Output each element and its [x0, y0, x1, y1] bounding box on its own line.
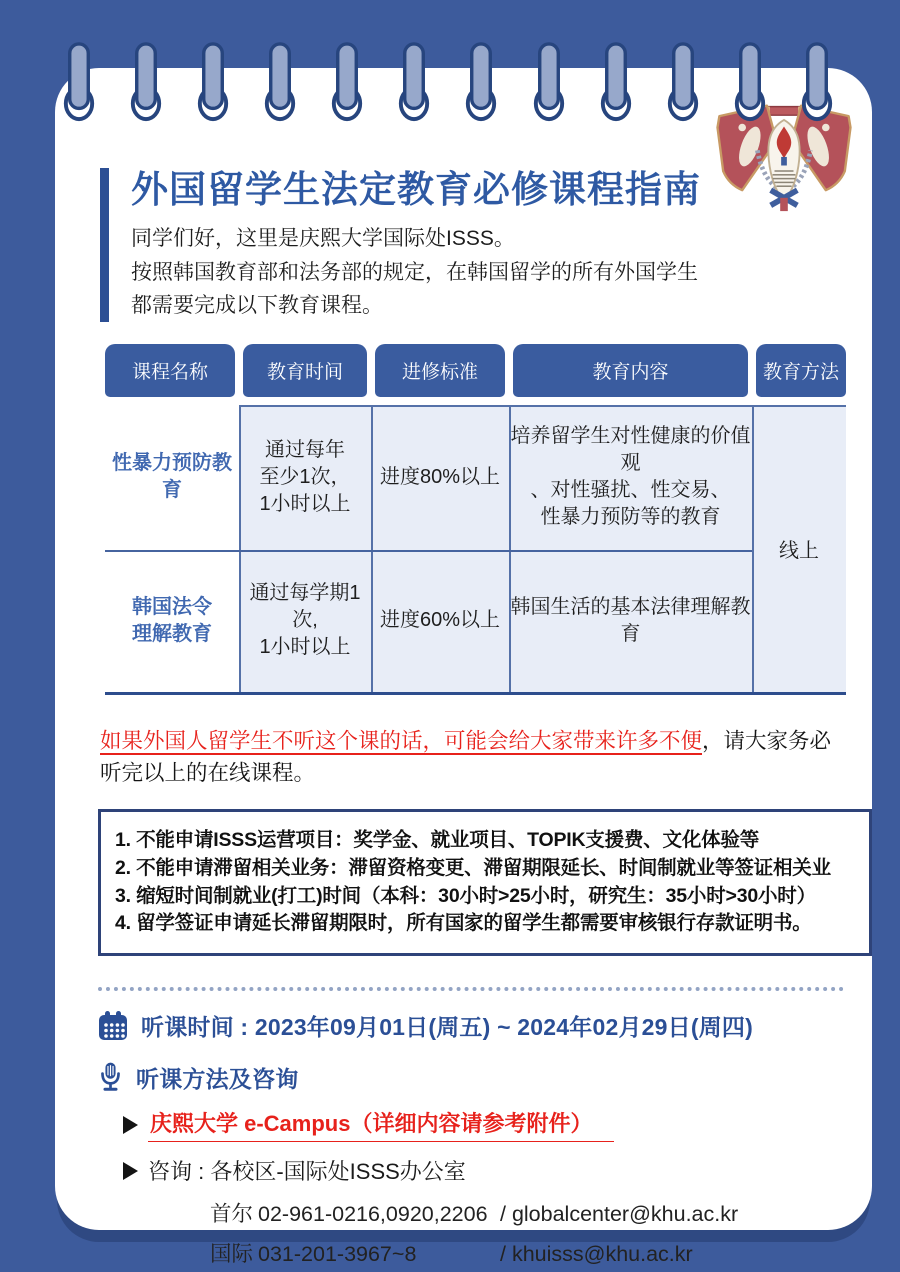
- binder-ring-icon: [62, 42, 96, 124]
- binder-ring-icon: [532, 42, 566, 124]
- notebook-page: 外国留学生法定教育必修课程指南 同学们好，这里是庆熙大学国际处ISSS。 按照韩…: [55, 68, 872, 1230]
- cell-course-name: 性暴力预防教育: [105, 405, 239, 550]
- table-header-row: 课程名称 教育时间 进修标准 教育内容 教育方法: [105, 344, 846, 397]
- header-completion-standard: 进修标准: [375, 344, 505, 397]
- header-education-content: 教育内容: [513, 344, 748, 397]
- contact-row: 首尔 02-961-0216,0920,2206 / globalcenter@…: [210, 1198, 842, 1230]
- binder-ring-icon: [800, 42, 834, 124]
- contact-email: / khuisss@khu.ac.kr: [500, 1238, 693, 1270]
- cell-method-online: 线上: [752, 405, 846, 692]
- consult-line: 咨询 : 各校区-国际处ISSS办公室: [123, 1155, 842, 1186]
- binder-ring-icon: [733, 42, 767, 124]
- table-row: 性暴力预防教育 通过每年 至少1次， 1小时以上 进度80%以上 培养留学生对性…: [105, 405, 846, 550]
- cell-standard: 进度80%以上: [371, 405, 509, 550]
- consult-text: 咨询 : 各校区-国际处ISSS办公室: [148, 1155, 466, 1186]
- header-education-method: 教育方法: [756, 344, 846, 397]
- cell-education-time: 通过每学期1次, 1小时以上: [239, 550, 371, 692]
- triangle-bullet-icon: [123, 1116, 138, 1134]
- triangle-bullet-icon: [123, 1162, 138, 1180]
- dotted-divider: [98, 987, 844, 991]
- contact-email: / globalcenter@khu.ac.kr: [500, 1198, 738, 1230]
- contact-campus-label: 国际: [210, 1238, 258, 1270]
- page-content: 外国留学生法定教育必修课程指南 同学们好，这里是庆熙大学国际处ISSS。 按照韩…: [55, 68, 872, 1230]
- course-table: 课程名称 教育时间 进修标准 教育内容 教育方法 性暴力预防教育 通过每年 至少…: [105, 344, 846, 695]
- header-course-name: 课程名称: [105, 344, 235, 397]
- cell-content: 培养留学生对性健康的价值观 、对性骚扰、性交易、 性暴力预防等的教育: [509, 405, 752, 550]
- ecampus-link[interactable]: 庆熙大学 e-Campus（详细内容请参考附件）: [148, 1107, 614, 1142]
- notice-item: 2. 不能申请滞留相关业务：滞留资格变更、滞留期限延长、时间制就业等签证相关业: [115, 855, 859, 883]
- notice-item: 4. 留学签证申请延长滞留期限时，所有国家的留学生都需要审核银行存款证明书。: [115, 910, 859, 938]
- title-block: 外国留学生法定教育必修课程指南 同学们好，这里是庆熙大学国际处ISSS。 按照韩…: [100, 168, 842, 322]
- section-heading: 听课方法及咨询: [136, 1061, 298, 1094]
- binder-ring-icon: [129, 42, 163, 124]
- cell-education-time: 通过每年 至少1次， 1小时以上: [239, 405, 371, 550]
- warning-second-line: 听完以上的在线课程。: [100, 761, 315, 785]
- contact-campus-label: 首尔: [210, 1198, 258, 1230]
- schedule-text: 听课时间 : 2023年09月01日(周五) ~ 2024年02月29日(周四): [141, 1009, 753, 1042]
- intro-text: 同学们好，这里是庆熙大学国际处ISSS。 按照韩国教育部和法务部的规定，在韩国留…: [131, 222, 842, 322]
- binder-ring-icon: [464, 42, 498, 124]
- binder-ring-icon: [330, 42, 364, 124]
- schedule-line: 听课时间 : 2023年09月01日(周五) ~ 2024年02月29日(周四): [97, 1009, 842, 1042]
- page-title: 外国留学生法定教育必修课程指南: [131, 168, 842, 212]
- binder-ring-icon: [599, 42, 633, 124]
- binder-rings: [62, 42, 834, 124]
- method-heading-line: 听课方法及咨询: [97, 1060, 842, 1094]
- cell-course-name: 韩国法令 理解教育: [105, 550, 239, 692]
- binder-ring-icon: [397, 42, 431, 124]
- microphone-icon: [97, 1060, 124, 1094]
- contact-phone: 02-961-0216,0920,2206: [258, 1198, 500, 1230]
- warning-tail-text: ，请大家务必: [702, 729, 831, 753]
- table-row: 韩国法令 理解教育 通过每学期1次, 1小时以上 进度60%以上 韩国生活的基本…: [105, 550, 846, 692]
- notice-item: 3. 缩短时间制就业(打工)时间（本科：30小时>25小时，研究生：35小时>3…: [115, 883, 859, 911]
- cell-standard: 进度60%以上: [371, 550, 509, 692]
- table-body: 性暴力预防教育 通过每年 至少1次， 1小时以上 进度80%以上 培养留学生对性…: [105, 405, 846, 695]
- cell-content: 韩国生活的基本法律理解教育: [509, 550, 752, 692]
- binder-ring-icon: [196, 42, 230, 124]
- contact-phone: 031-201-3967~8: [258, 1238, 500, 1270]
- calendar-icon: [97, 1010, 129, 1042]
- notice-box: 1. 不能申请ISSS运营项目：奖学金、就业项目、TOPIK支援费、文化体验等 …: [98, 809, 872, 956]
- notice-item: 1. 不能申请ISSS运营项目：奖学金、就业项目、TOPIK支援费、文化体验等: [115, 827, 859, 855]
- contact-row: 国际 031-201-3967~8 / khuisss@khu.ac.kr: [210, 1238, 842, 1270]
- binder-ring-icon: [666, 42, 700, 124]
- warning-text: 如果外国人留学生不听这个课的话，可能会给大家带来许多不便，请大家务必 听完以上的…: [100, 725, 842, 790]
- warning-red-text: 如果外国人留学生不听这个课的话，可能会给大家带来许多不便: [100, 729, 702, 753]
- header-education-time: 教育时间: [243, 344, 367, 397]
- ecampus-line: 庆熙大学 e-Campus（详细内容请参考附件）: [123, 1107, 842, 1142]
- binder-ring-icon: [263, 42, 297, 124]
